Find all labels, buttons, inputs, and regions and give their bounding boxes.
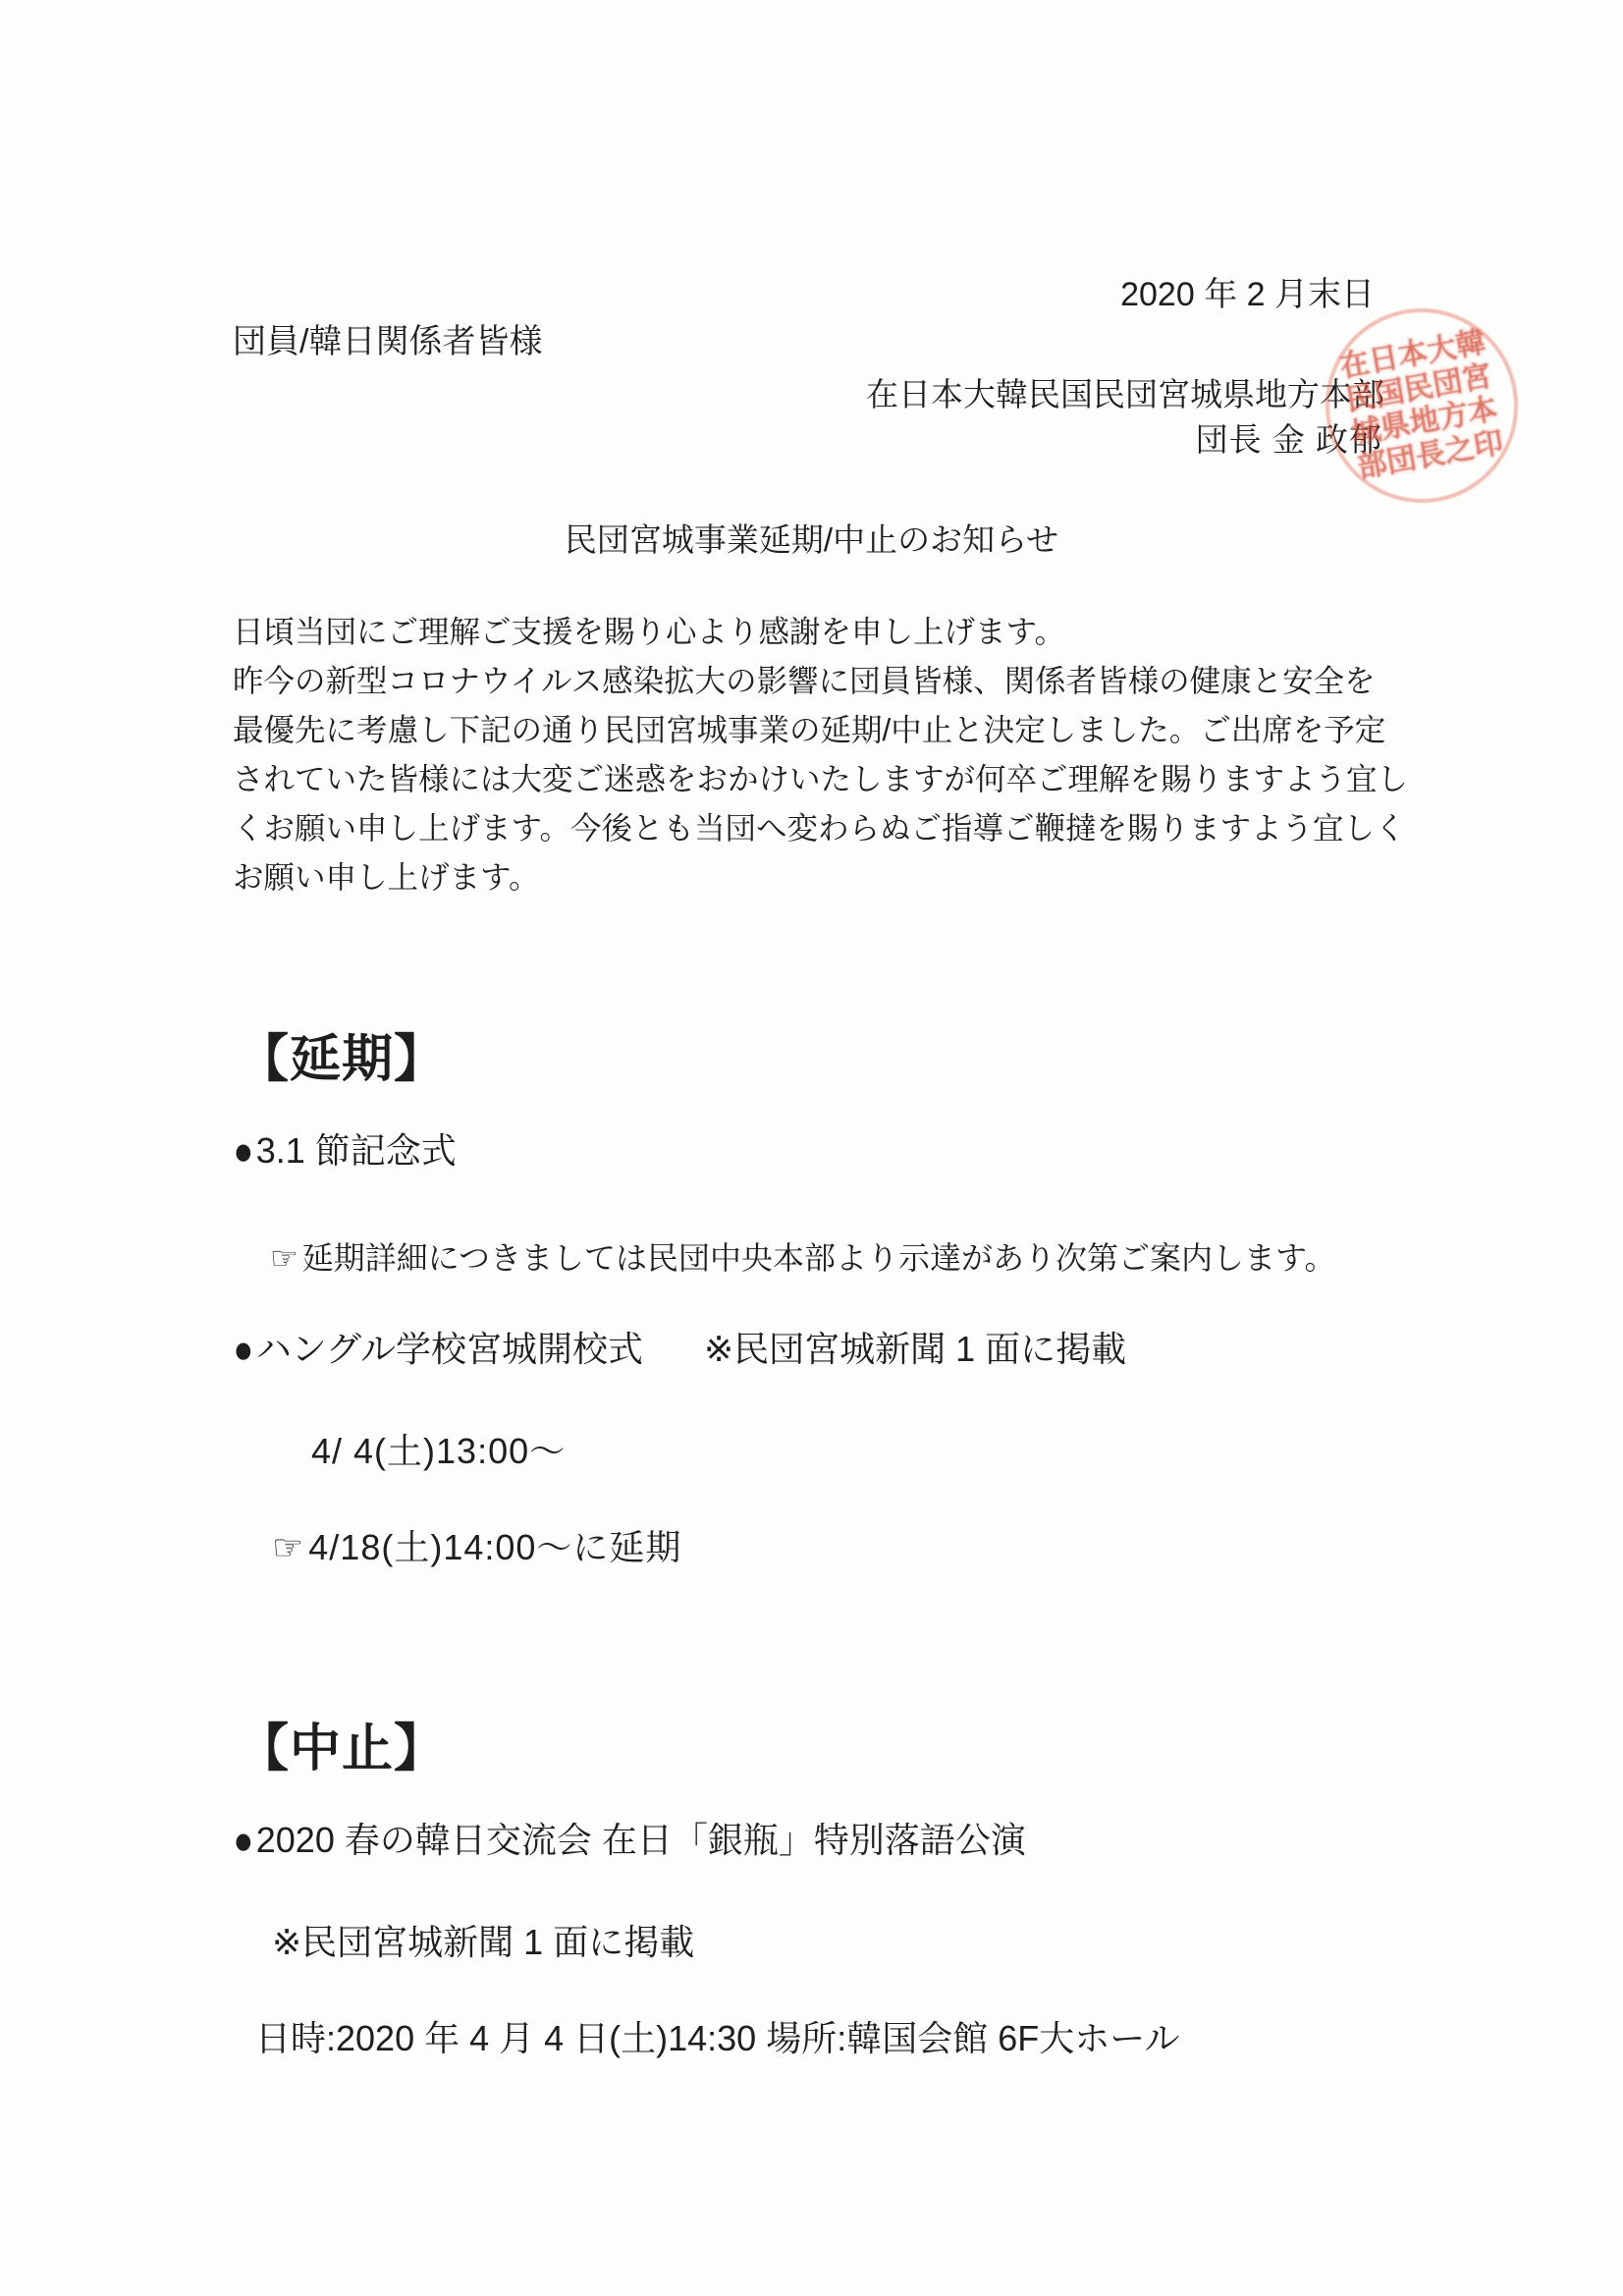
bullet-icon: ● <box>234 1326 254 1372</box>
body-line: 昨今の新型コロナウイルス感染拡大の影響に団員皆様、関係者皆様の健康と安全を <box>233 656 1408 705</box>
body-paragraph: 日頃当団にご理解ご支援を賜り心より感謝を申し上げます。 昨今の新型コロナウイルス… <box>233 607 1408 902</box>
postpone-item-1-note-text: 延期詳細につきましては民団中央本部より示達があり次第ご案内します。 <box>302 1240 1336 1276</box>
document-date: 2020 年 2 月末日 <box>1120 267 1375 315</box>
postpone-item-2-changed-time-text: 4/18(土)14:00～に延期 <box>308 1527 681 1567</box>
sender-organization: 在日本大韓民国民団宮城県地方本部 <box>866 369 1384 415</box>
official-seal-stamp: 在日本大韓 民国民団宮 城県地方本 部団長之印 <box>1310 293 1533 518</box>
bullet-icon: ● <box>234 1817 254 1863</box>
body-line: くお願い申し上げます。今後とも当団へ変わらぬご指導ご鞭撻を賜りますよう宜しく <box>233 803 1408 852</box>
postpone-item-1-label: 3.1 節記念式 <box>256 1130 457 1171</box>
scanned-notice-page: 2020 年 2 月末日 団員/韓日関係者皆様 在日本大韓民国民団宮城県地方本部… <box>0 0 1623 2296</box>
body-line: されていた皆様には大変ご迷惑をおかけいたしますが何卒ご理解を賜りますよう宜し <box>233 754 1408 803</box>
bullet-icon: ● <box>234 1127 254 1174</box>
body-line: 最優先に考慮し下記の通り民団宮城事業の延期/中止と決定しました。ご出席を予定 <box>233 705 1408 754</box>
pointing-hand-icon: ☞ <box>272 1527 304 1567</box>
section-heading-postpone: 【延期】 <box>238 1017 446 1091</box>
postpone-item-2-original-time: 4/ 4(土)13:00～ <box>311 1424 566 1474</box>
cancel-item-note: ※民団宮城新聞 1 面に掲載 <box>272 1915 694 1965</box>
postpone-item-2-changed-time: ☞4/18(土)14:00～に延期 <box>272 1520 681 1570</box>
document-title: 民団宮城事業延期/中止のお知らせ <box>0 515 1623 561</box>
postpone-item-2-note: ※民団宮城新聞 1 面に掲載 <box>704 1329 1126 1369</box>
postpone-item-1: ●3.1 節記念式 <box>233 1123 457 1174</box>
postpone-item-1-note: ☞延期詳細につきましては民団中央本部より示達があり次第ご案内します。 <box>270 1233 1336 1279</box>
body-line: 日頃当団にご理解ご支援を賜り心より感謝を申し上げます。 <box>233 607 1408 656</box>
postpone-item-2: ●ハングル学校宮城開校式※民団宮城新聞 1 面に掲載 <box>233 1322 1126 1372</box>
section-heading-cancel: 【中止】 <box>238 1707 446 1780</box>
pointing-hand-icon: ☞ <box>270 1240 298 1276</box>
cancel-item-label: 2020 春の韓日交流会 在日「銀瓶」特別落語公演 <box>256 1820 1026 1860</box>
body-line: お願い申し上げます。 <box>233 852 1408 902</box>
postpone-item-2-label: ハングル学校宮城開校式 <box>256 1329 643 1369</box>
cancel-item: ●2020 春の韓日交流会 在日「銀瓶」特別落語公演 <box>233 1813 1026 1863</box>
recipient: 団員/韓日関係者皆様 <box>233 314 542 362</box>
cancel-item-detail: 日時:2020 年 4 月 4 日(土)14:30 場所:韓国会館 6F大ホール <box>255 2011 1180 2061</box>
